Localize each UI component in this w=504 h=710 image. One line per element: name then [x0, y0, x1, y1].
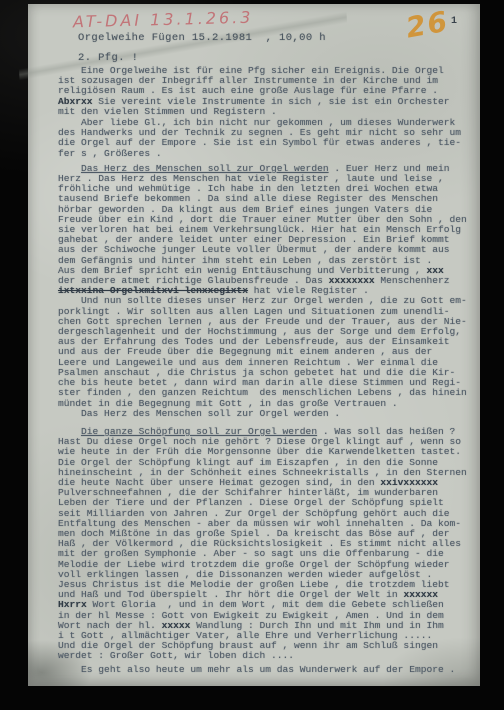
paragraph: Eine Orgelweihe ist für eine Pfg sicher … [58, 66, 476, 117]
text-line: Es geht also heute um mehr als um das Wu… [58, 665, 476, 675]
document-body: Eine Orgelweihe ist für eine Pfg sicher … [58, 66, 476, 675]
document-page: AT-DAI 13.1.26.3 26 1 Orgelweihe Fügen 1… [28, 4, 480, 686]
paragraph: Die ganze Schöpfung soll zur Orgel werde… [58, 427, 476, 662]
corner-number-handwriting: 26 [403, 5, 451, 45]
text-line: werdet : Großer Gott, wir loben dich ...… [58, 651, 476, 661]
paragraph: Das Herz des Menschen soll zur Orgel wer… [58, 164, 476, 297]
archive-reference-handwriting: AT-DAI 13.1.26.3 [73, 8, 254, 32]
text-segment: mit den vielen Stimmen und Registern . [58, 106, 277, 117]
text-segment: Menschenherz [375, 275, 450, 286]
text-segment: werdet : Großer Gott, wir loben dich ...… [58, 650, 294, 661]
text-segment: Es geht also heute um mehr als um das Wu… [58, 664, 455, 675]
text-line: mit den vielen Stimmen und Registern . [58, 107, 476, 117]
document-subtitle: 2. Pfg. ! [78, 52, 138, 64]
document-title: Orgelweihe Fügen 15.2.1981 , 10,00 h [78, 32, 326, 44]
text-segment: Das Herz des Menschen soll zur Orgel wer… [58, 408, 340, 419]
text-segment: fer s , Größeres . [58, 148, 162, 159]
photo-background: AT-DAI 13.1.26.3 26 1 Orgelweihe Fügen 1… [0, 0, 504, 710]
text-line: fer s , Größeres . [58, 149, 476, 159]
paragraph: Es geht also heute um mehr als um das Wu… [58, 665, 476, 675]
page-number: 1 [451, 16, 457, 27]
paragraph: Und nun sollte dieses unser Herz zur Org… [58, 296, 476, 418]
paragraph: Aber liebe Gl., ich bin nicht nur gekomm… [58, 118, 476, 159]
text-line: Das Herz des Menschen soll zur Orgel wer… [58, 409, 476, 419]
